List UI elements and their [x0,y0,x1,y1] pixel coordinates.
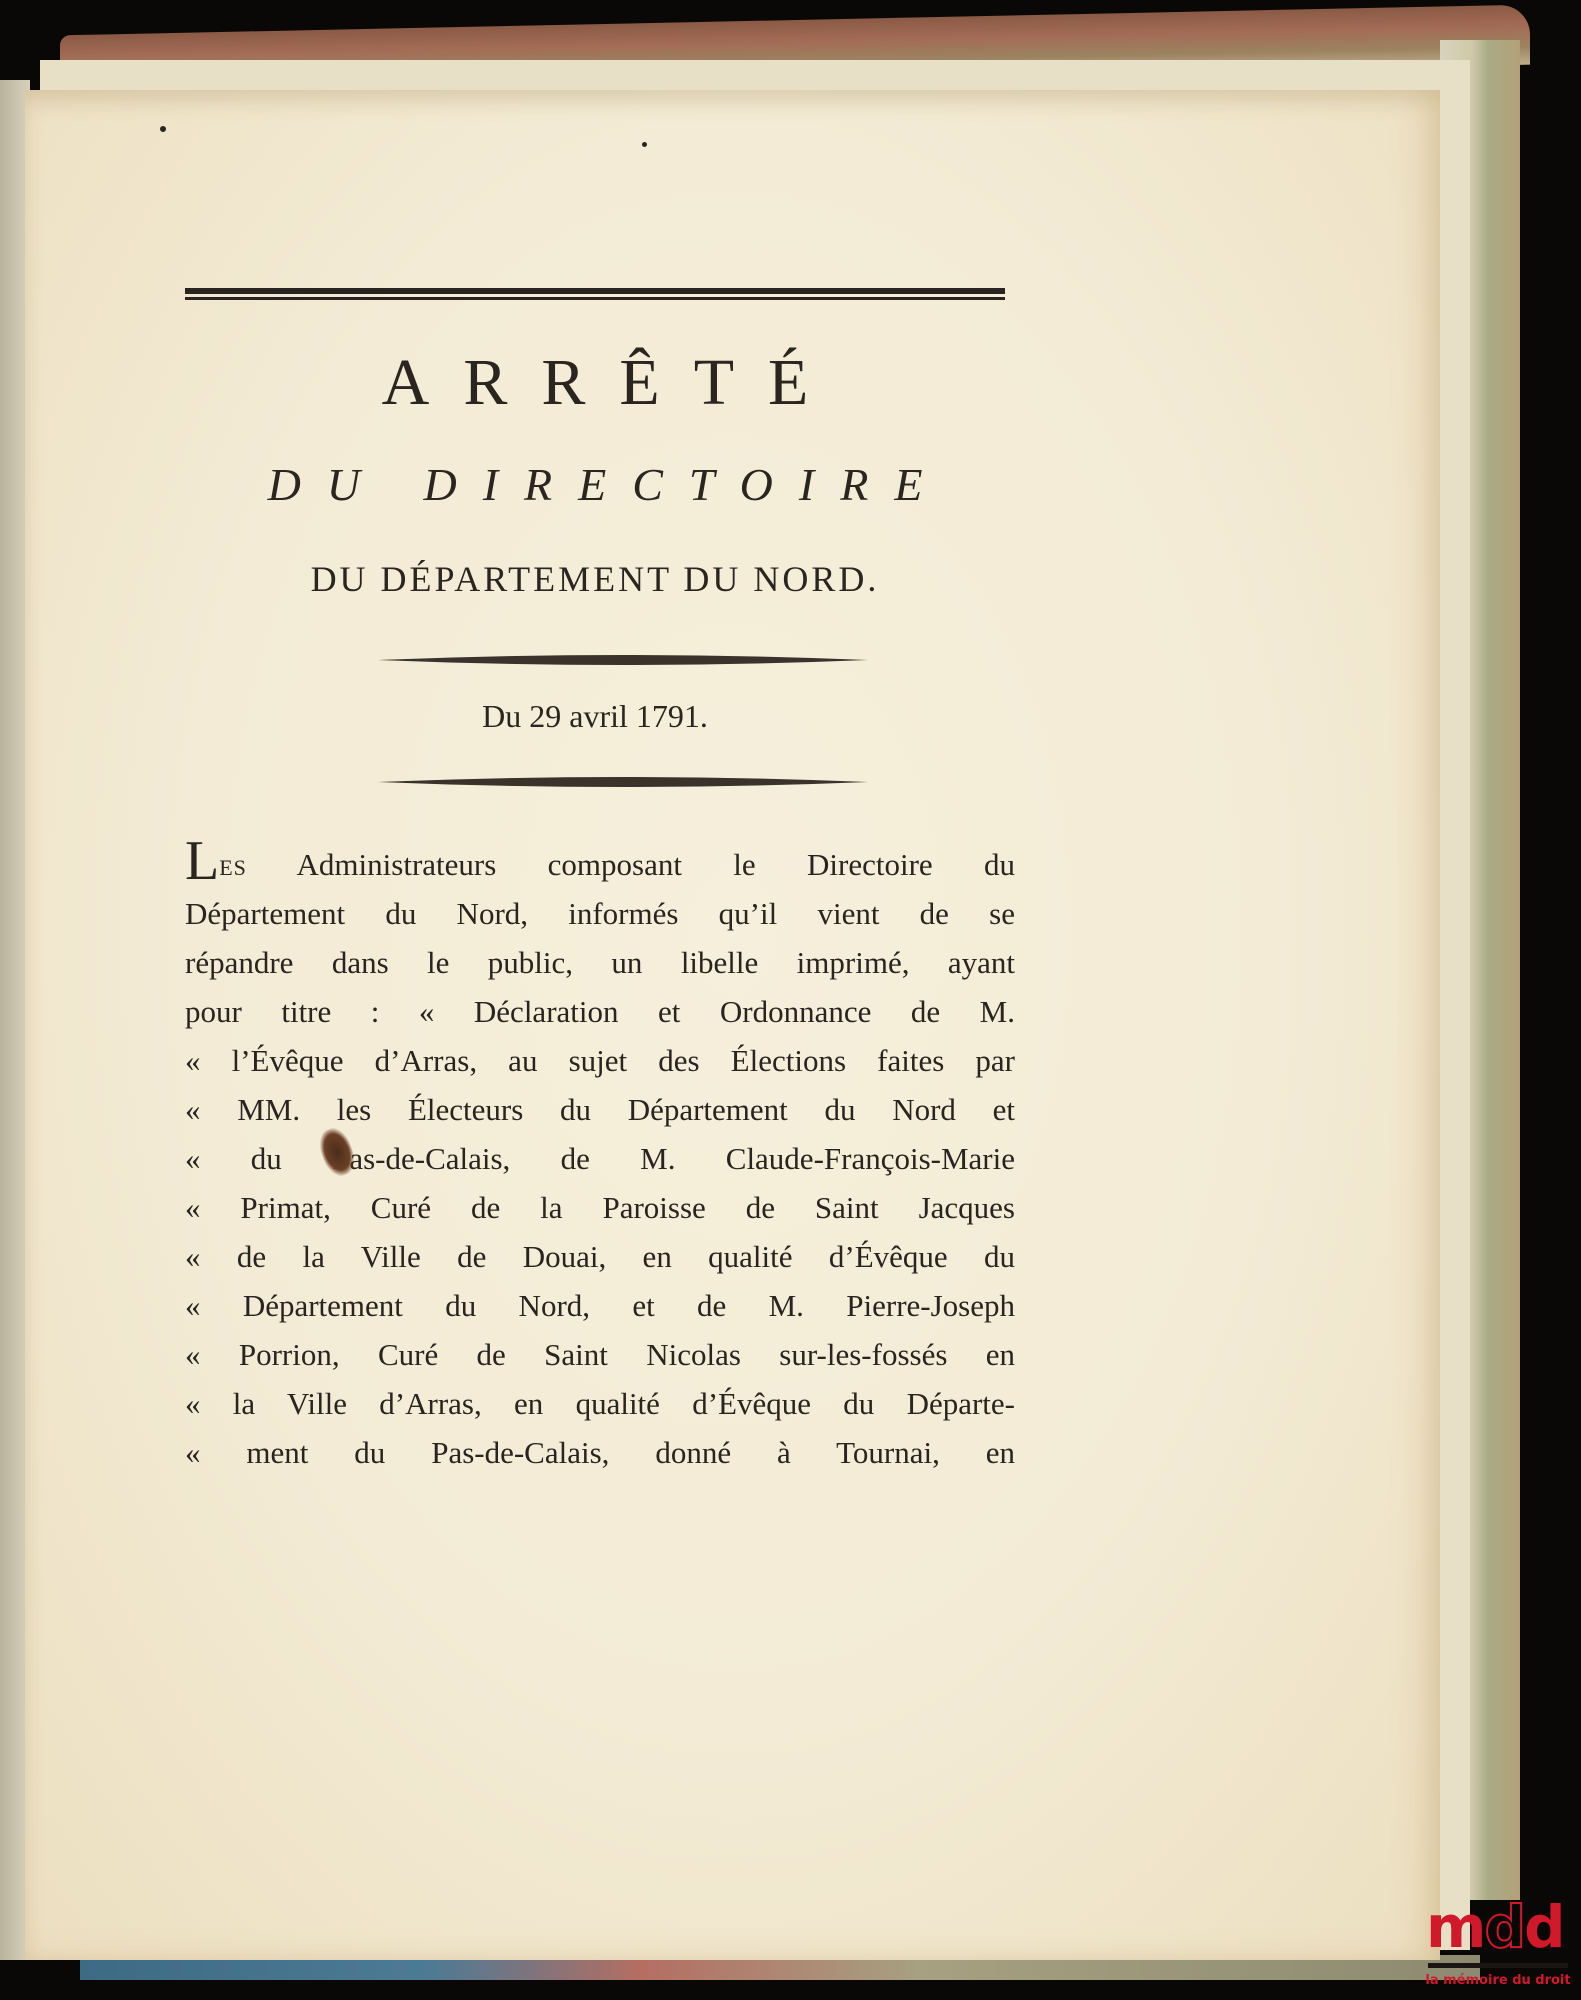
logo-tagline: la mémoire du droit [1418,1973,1578,1988]
first-line-text: Administrateurs composant le Directoire … [247,847,1015,882]
body-line: Département du Nord, informés qu’il vien… [185,889,1015,938]
small-caps: ES [219,855,247,880]
body-line: « Département du Nord, et de M. Pierre-J… [185,1281,1015,1330]
body-line-1: LES Administrateurs composant le Directo… [185,840,1015,889]
document-body: LES Administrateurs composant le Directo… [185,840,1015,1477]
body-line: « ment du Pas-de-Calais, donné à Tournai… [185,1428,1015,1477]
body-line: répandre dans le public, un libelle impr… [185,938,1015,987]
body-line: « Primat, Curé de la Paroisse de Saint J… [185,1183,1015,1232]
body-line: « du Pas-de-Calais, de M. Claude-Françoi… [185,1134,1015,1183]
ornamental-swell-rule-top [378,652,868,668]
document-subtitle: DU DIRECTOIRE [0,458,1190,511]
logo-mark: mdd [1426,1895,1564,1959]
header-double-rule [185,288,1005,302]
body-line: « l’Évêque d’Arras, au sujet des Électio… [185,1036,1015,1085]
body-line: pour titre : « Déclaration et Ordonnance… [185,987,1015,1036]
logo-letter-d-outline: d [1484,1893,1524,1961]
document-date: Du 29 avril 1791. [0,698,1190,735]
body-line: « MM. les Électeurs du Département du No… [185,1085,1015,1134]
logo-divider [1428,1963,1568,1968]
mdd-logo-watermark: mdd la mémoire du droit [1418,1895,1578,1995]
logo-letter-m: m [1426,1893,1484,1961]
body-line: « la Ville d’Arras, en qualité d’Évêque … [185,1379,1015,1428]
ink-speck [642,142,647,147]
logo-letter-d: d [1524,1893,1564,1961]
ornamental-swell-rule-bottom [378,774,868,790]
thick-rule-line [185,288,1005,294]
drop-cap: L [185,830,219,892]
document-subtitle-department: DU DÉPARTEMENT DU NORD. [0,558,1190,600]
document-title: ARRÊTÉ [0,345,1190,421]
thin-rule-line [185,297,1005,300]
body-line: « de la Ville de Douai, en qualité d’Évê… [185,1232,1015,1281]
body-line: « Porrion, Curé de Saint Nicolas sur-les… [185,1330,1015,1379]
ink-speck [160,126,166,132]
